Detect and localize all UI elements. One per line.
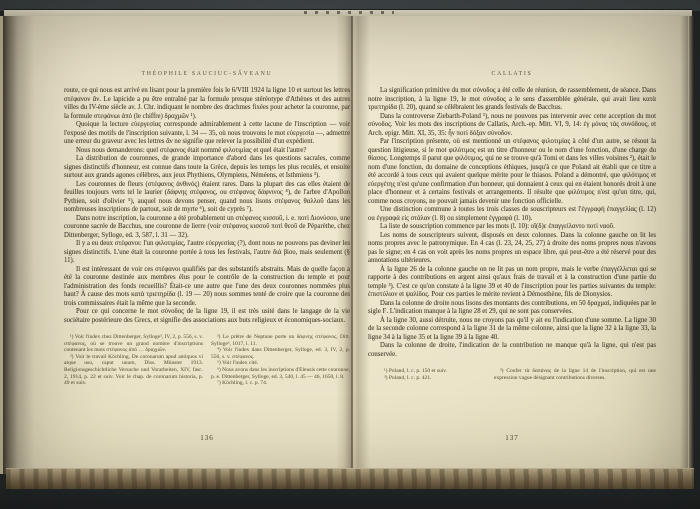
left-running-head: THÉOPHILE SAUCIUC-SĂVEANU: [64, 71, 350, 77]
paragraph: Quoique la lecture εὐεργεσίας correspond…: [64, 121, 350, 147]
right-page-footnotes: ¹) Poland, l. c. p. 150 et suiv. ²) Pola…: [368, 368, 656, 381]
paragraph: Il est intéressant de voir ces στέφανοι …: [64, 266, 350, 309]
left-page-footnotes: ¹) Voir l'index chez Dittenberger, Syllo…: [64, 334, 350, 387]
left-page-block-shadow: [0, 16, 34, 474]
paragraph: À la ligne 30, aussi détruite, nous ne c…: [368, 317, 656, 343]
paragraph: Dans la colonne de droite, l'indication …: [368, 342, 656, 359]
left-cover-edge: [0, 16, 3, 474]
footnote: ⁴) Voir l'index dans Dittenberger, Syllo…: [211, 347, 350, 360]
footnote-column: ³) Le prêtre de Neptune porte un δάφνης …: [211, 334, 350, 387]
footnote: ¹) Voir l'index chez Dittenberger, Syllo…: [64, 334, 203, 354]
paragraph: La liste de souscription commence par le…: [368, 223, 656, 232]
paragraph: Les couronnes de fleurs (στέφανος ἀνθινό…: [64, 181, 350, 215]
footnote: ²) Voir le travail Köchling, De coronaru…: [64, 354, 203, 387]
footnote: ⁶) Nous avons dans les inscriptions d'El…: [211, 367, 350, 380]
footnote: ⁵) Voir l'index cité.: [211, 360, 350, 367]
footnote: ²) Poland, l. c. p. 421.: [378, 375, 486, 382]
book-bottom-page-edges: [6, 468, 694, 491]
paragraph: Les noms de souscripteurs suivent, dispo…: [368, 232, 656, 266]
right-running-head: CALLATIS: [368, 71, 656, 77]
background-bottom-band: [0, 489, 700, 509]
paragraph: À la ligne 26 de la colonne gauche on ne…: [368, 266, 656, 300]
book-gutter-shadow: [336, 16, 370, 474]
paragraph: Dans la controverse Ziebarth-Poland ¹), …: [368, 113, 656, 139]
footnote: ³) Confer τὰ δαπάνας de la ligne 14 de l…: [494, 368, 656, 381]
paragraph: La signification primitive du mot σύνοδο…: [368, 87, 656, 113]
paragraph: Dans notre inscription, la couronne a ét…: [64, 215, 350, 241]
footnote: ³) Le prêtre de Neptune porte un δάφνης …: [211, 334, 350, 347]
paragraph: Pour ce qui concerne le mot σύνοδος de l…: [64, 308, 350, 325]
paragraph: route, ce qui nous est arrivé en lisant …: [64, 87, 350, 121]
left-page-body: route, ce qui nous est arrivé en lisant …: [64, 87, 350, 325]
footnote-column: ¹) Poland, l. c. p. 150 et suiv. ²) Pola…: [368, 368, 486, 381]
footnote-column: ³) Confer τὰ δαπάνας de la ligne 14 de l…: [494, 368, 656, 381]
open-book: THÉOPHILE SAUCIUC-SĂVEANU route, ce qui …: [0, 16, 694, 474]
right-page-body: La signification primitive du mot σύνοδο…: [368, 87, 656, 359]
right-page-number: 137: [368, 434, 656, 442]
paragraph: Une distinction commune à toutes les tro…: [368, 206, 656, 223]
left-page-number: 136: [64, 434, 350, 442]
paragraph: Il y a eu deux στέφανοι: l'un φιλοτιμίας…: [64, 240, 350, 266]
paragraph: Par l'inscription présente, où est menti…: [368, 138, 656, 206]
footnote: ⁷) Köchling, l. c. p. 74.: [211, 380, 350, 387]
right-fore-edge: [680, 16, 694, 474]
right-page: CALLATIS La signification primitive du m…: [368, 32, 656, 490]
book-photo: THÉOPHILE SAUCIUC-SĂVEANU route, ce qui …: [0, 0, 700, 509]
left-page: THÉOPHILE SAUCIUC-SĂVEANU route, ce qui …: [64, 32, 350, 490]
paragraph: La distribution de couronnes, de grande …: [64, 155, 350, 181]
footnote: ¹) Poland, l. c. p. 150 et suiv.: [378, 368, 486, 375]
paragraph: Dans la colonne de droite nous lisons de…: [368, 300, 656, 317]
footnote-column: ¹) Voir l'index chez Dittenberger, Syllo…: [64, 334, 203, 387]
paragraph: Nous nous demanderons: quel στέφανος éta…: [64, 147, 350, 156]
